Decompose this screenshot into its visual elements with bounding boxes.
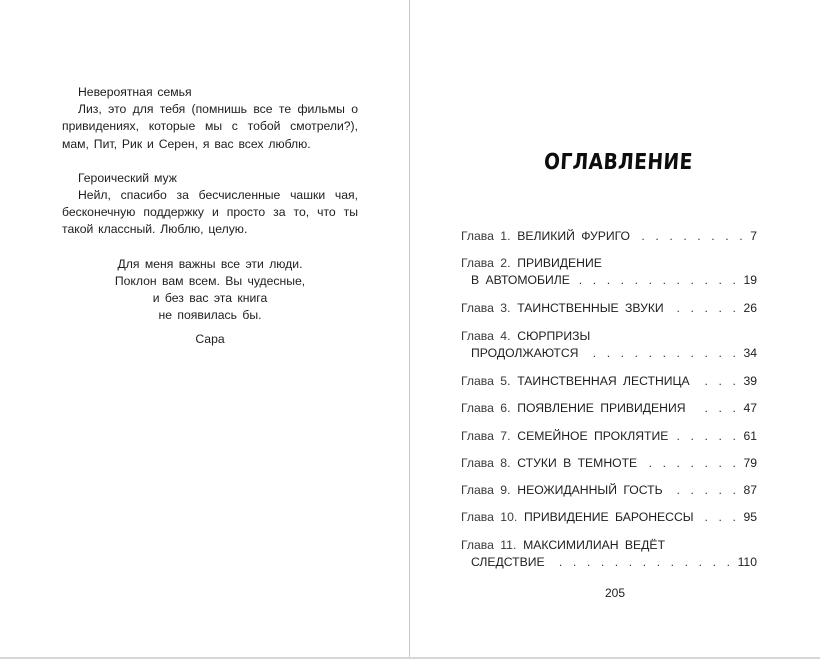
- dot-leader: [676, 428, 739, 445]
- closing-line: не появилась бы.: [62, 307, 358, 324]
- signature: Сара: [62, 331, 358, 348]
- chapter-page-number: 87: [743, 482, 757, 499]
- toc-entry[interactable]: Глава 6. ПОЯВЛЕНИЕ ПРИВИДЕНИЯ47: [461, 400, 757, 417]
- chapter-number: Глава 4.: [461, 328, 510, 345]
- dot-leader: [645, 455, 739, 472]
- right-page: ОГЛАВЛЕНИЕ Глава 1. ВЕЛИКИЙ ФУРИГО7Глава…: [410, 0, 820, 657]
- chapter-number: Глава 10.: [461, 509, 517, 526]
- chapter-page-number: 110: [738, 554, 757, 571]
- chapter-page-number: 26: [743, 300, 757, 317]
- dot-leader: [702, 509, 740, 526]
- dot-leader: [694, 400, 740, 417]
- dot-leader: [638, 228, 746, 245]
- chapter-page-number: 61: [743, 428, 757, 445]
- chapter-title: В АВТОМОБИЛЕ: [471, 272, 570, 289]
- dedication-paragraph: Нейл, спасибо за бесчисленные чашки чая,…: [62, 187, 358, 239]
- dedication-paragraph: Лиз, это для тебя (помнишь все те фильмы…: [62, 101, 358, 153]
- toc-title: ОГЛАВЛЕНИЕ: [543, 150, 680, 175]
- chapter-title: ПРИВИДЕНИЕ БАРОНЕССЫ: [524, 509, 694, 526]
- toc-row: В АВТОМОБИЛЕ19: [461, 272, 757, 289]
- toc-row: Глава 11. МАКСИМИЛИАН ВЕДЁТ: [461, 537, 757, 554]
- closing-line: Поклон вам всем. Вы чудесные,: [62, 273, 358, 290]
- toc-entry[interactable]: Глава 9. НЕОЖИДАННЫЙ ГОСТЬ87: [461, 482, 757, 499]
- toc-row: Глава 8. СТУКИ В ТЕМНОТЕ79: [461, 455, 757, 472]
- chapter-number: Глава 3.: [461, 300, 510, 317]
- toc-entry[interactable]: Глава 10. ПРИВИДЕНИЕ БАРОНЕССЫ95: [461, 509, 757, 526]
- chapter-page-number: 34: [743, 345, 757, 362]
- chapter-number: Глава 5.: [461, 373, 510, 390]
- chapter-title: ТАИНСТВЕННЫЕ ЗВУКИ: [517, 300, 663, 317]
- dot-leader: [586, 345, 739, 362]
- chapter-number: Глава 9.: [461, 482, 510, 499]
- toc-row: Глава 2. ПРИВИДЕНИЕ: [461, 255, 757, 272]
- toc-row: Глава 5. ТАИНСТВЕННАЯ ЛЕСТНИЦА39: [461, 373, 757, 390]
- toc-row: ПРОДОЛЖАЮТСЯ34: [461, 345, 757, 362]
- dedication-heading: Невероятная семья: [62, 84, 358, 101]
- dot-leader: [671, 482, 740, 499]
- chapter-title: СЕМЕЙНОЕ ПРОКЛЯТИЕ: [517, 428, 668, 445]
- toc-row: Глава 4. СЮРПРИЗЫ: [461, 328, 757, 345]
- dedication-heading: Героический муж: [62, 170, 358, 187]
- toc-row: Глава 7. СЕМЕЙНОЕ ПРОКЛЯТИЕ61: [461, 428, 757, 445]
- chapter-number: Глава 7.: [461, 428, 510, 445]
- chapter-title: ВЕЛИКИЙ ФУРИГО: [517, 228, 630, 245]
- closing-line: и без вас эта книга: [62, 290, 358, 307]
- chapter-title: ТАИНСТВЕННАЯ ЛЕСТНИЦА: [517, 373, 689, 390]
- dedication-block-husband: Героический муж Нейл, спасибо за бесчисл…: [62, 170, 358, 239]
- dedication-text: Нейл, спасибо за бесчисленные чашки чая,…: [62, 188, 358, 236]
- toc-row: Глава 10. ПРИВИДЕНИЕ БАРОНЕССЫ95: [461, 509, 757, 526]
- dot-leader: [578, 272, 740, 289]
- toc-entry[interactable]: Глава 5. ТАИНСТВЕННАЯ ЛЕСТНИЦА39: [461, 373, 757, 390]
- dedication-block-family: Невероятная семья Лиз, это для тебя (пом…: [62, 84, 358, 153]
- chapter-page-number: 47: [743, 400, 757, 417]
- dot-leader: [672, 300, 740, 317]
- dot-leader: [698, 373, 740, 390]
- chapter-title: МАКСИМИЛИАН ВЕДЁТ: [523, 537, 665, 554]
- dot-leader: [553, 554, 734, 571]
- chapter-number: Глава 8.: [461, 455, 510, 472]
- chapter-number: Глава 11.: [461, 537, 516, 554]
- left-page: Невероятная семья Лиз, это для тебя (пом…: [0, 0, 409, 657]
- toc-row: СЛЕДСТВИЕ110: [461, 554, 757, 571]
- chapter-title: СЛЕДСТВИЕ: [471, 554, 545, 571]
- toc-row: Глава 6. ПОЯВЛЕНИЕ ПРИВИДЕНИЯ47: [461, 400, 757, 417]
- chapter-title: ПРИВИДЕНИЕ: [517, 255, 602, 272]
- toc-entry[interactable]: Глава 1. ВЕЛИКИЙ ФУРИГО7: [461, 228, 757, 245]
- chapter-title: НЕОЖИДАННЫЙ ГОСТЬ: [517, 482, 662, 499]
- chapter-title: ПРОДОЛЖАЮТСЯ: [471, 345, 578, 362]
- toc-entry[interactable]: Глава 8. СТУКИ В ТЕМНОТЕ79: [461, 455, 757, 472]
- chapter-title: СЮРПРИЗЫ: [517, 328, 590, 345]
- toc-entry[interactable]: Глава 7. СЕМЕЙНОЕ ПРОКЛЯТИЕ61: [461, 428, 757, 445]
- dedication: Невероятная семья Лиз, это для тебя (пом…: [62, 84, 358, 349]
- closing-line: Для меня важны все эти люди.: [62, 256, 358, 273]
- toc-entry[interactable]: Глава 4. СЮРПРИЗЫПРОДОЛЖАЮТСЯ34: [461, 328, 757, 362]
- chapter-page-number: 95: [743, 509, 757, 526]
- chapter-page-number: 19: [743, 272, 757, 289]
- toc-row: Глава 3. ТАИНСТВЕННЫЕ ЗВУКИ26: [461, 300, 757, 317]
- chapter-number: Глава 6.: [461, 400, 510, 417]
- chapter-number: Глава 2.: [461, 255, 510, 272]
- toc-row: Глава 9. НЕОЖИДАННЫЙ ГОСТЬ87: [461, 482, 757, 499]
- chapter-page-number: 79: [743, 455, 757, 472]
- toc-entry[interactable]: Глава 3. ТАИНСТВЕННЫЕ ЗВУКИ26: [461, 300, 757, 317]
- page-number: 205: [410, 586, 820, 600]
- dedication-text: Лиз, это для тебя (помнишь все те фильмы…: [62, 102, 358, 150]
- book-spread: Невероятная семья Лиз, это для тебя (пом…: [0, 0, 820, 659]
- toc-row: Глава 1. ВЕЛИКИЙ ФУРИГО7: [461, 228, 757, 245]
- chapter-title: ПОЯВЛЕНИЕ ПРИВИДЕНИЯ: [517, 400, 685, 417]
- toc-entry[interactable]: Глава 11. МАКСИМИЛИАН ВЕДЁТСЛЕДСТВИЕ110: [461, 537, 757, 571]
- dedication-closing: Для меня важны все эти люди. Поклон вам …: [62, 256, 358, 349]
- chapter-page-number: 39: [743, 373, 757, 390]
- chapter-title: СТУКИ В ТЕМНОТЕ: [517, 455, 637, 472]
- chapter-number: Глава 1.: [461, 228, 510, 245]
- toc-entry[interactable]: Глава 2. ПРИВИДЕНИЕВ АВТОМОБИЛЕ19: [461, 255, 757, 289]
- chapter-page-number: 7: [750, 228, 757, 245]
